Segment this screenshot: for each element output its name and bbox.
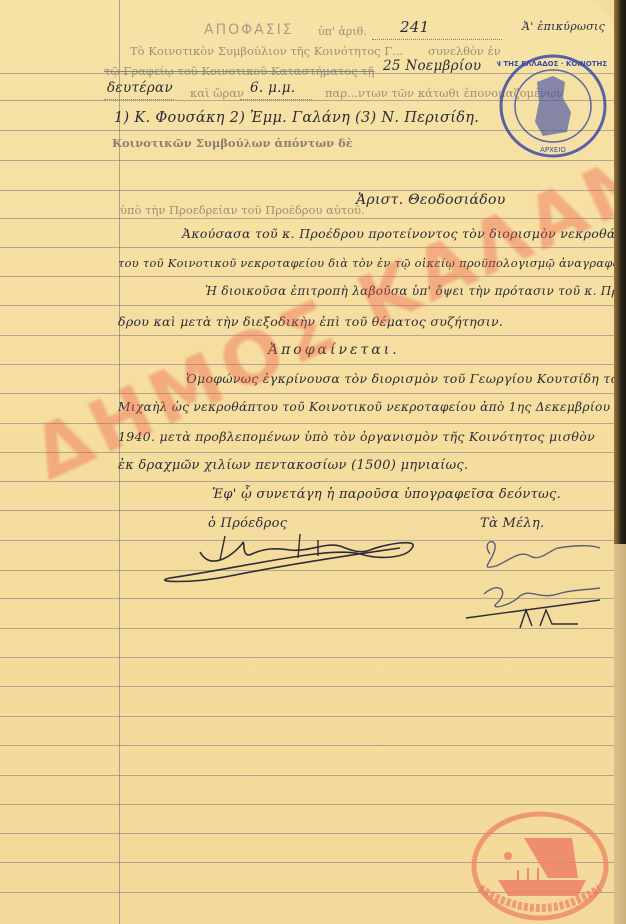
printed-line-2: τῷ Γραφείῳ τοῦ Κοινοτικοῦ Καταστήματος τ…: [104, 64, 374, 78]
red-ship-stamp: [468, 808, 614, 924]
presidency-label: ὑπὸ τὴν Προεδρείαν τοῦ Προέδρου αὐτοῦ.: [120, 203, 365, 217]
day-blank: [104, 98, 174, 100]
decision-title: ΑΠΟΦΑΣΙΣ: [204, 22, 294, 38]
number-label: ὑπ' ἀριθ.: [318, 25, 367, 38]
meeting-day: δευτέραν: [107, 80, 173, 96]
meeting-date: 25 Νοεμβρίου: [383, 58, 481, 74]
svg-text:ΑΡΧΕΙΟ: ΑΡΧΕΙΟ: [540, 146, 566, 154]
president-signature: [150, 530, 430, 590]
svg-text:ΒΑΣΙΛΕΙΟΝ ΤΗΣ ΕΛΛΑΔΟΣ · ΚΟΙΝΟΤ: ΒΑΣΙΛΕΙΟΝ ΤΗΣ ΕΛΛΑΔΟΣ · ΚΟΙΝΟΤΗΣ · ΣΦΡΑΓ…: [497, 60, 609, 68]
decision-number: 241: [400, 18, 430, 36]
book-edge-lower: [614, 544, 626, 924]
members-absent-label: Κοινοτικῶν Συμβούλων ἀπόντων δὲ: [112, 136, 353, 150]
hour-blank: [240, 98, 312, 100]
printed-hour-label: καὶ ὥραν: [190, 86, 244, 100]
members-sign-label: Τὰ Μέλη.: [480, 516, 544, 531]
blue-official-seal: ΒΑΣΙΛΕΙΟΝ ΤΗΣ ΕΛΛΑΔΟΣ · ΚΟΙΝΟΤΗΣ · ΣΦΡΑΓ…: [497, 52, 609, 160]
number-blank: [372, 38, 502, 40]
corner-note: Ἀ' ἐπικύρωσις: [522, 20, 605, 33]
member-signatures: [460, 530, 610, 640]
body-line-10: Ἐφ' ᾧ συνετάγη ἡ παροῦσα ὑπογραφεῖσα δεό…: [212, 487, 561, 502]
document-page: ΑΠΟΦΑΣΙΣ ὑπ' ἀριθ. 241 Ἀ' ἐπικύρωσις Τὸ …: [0, 0, 614, 924]
meeting-hour: 6. μ.μ.: [250, 80, 295, 96]
present-members: 1) Κ. Φουσάκη 2) Ἐμμ. Γαλάνη (3) Ν. Περι…: [114, 110, 479, 126]
president-label: ὁ Πρόεδρος: [208, 516, 287, 531]
printed-line-1: Τὸ Κοινοτικὸν Συμβούλιον τῆς Κοινότητος …: [130, 44, 403, 58]
printed-line-1-tail: συνελθὸν ἐν: [428, 44, 501, 58]
body-line-9: ἐκ δραχμῶν χιλίων πεντακοσίων (1500) μην…: [118, 458, 468, 473]
